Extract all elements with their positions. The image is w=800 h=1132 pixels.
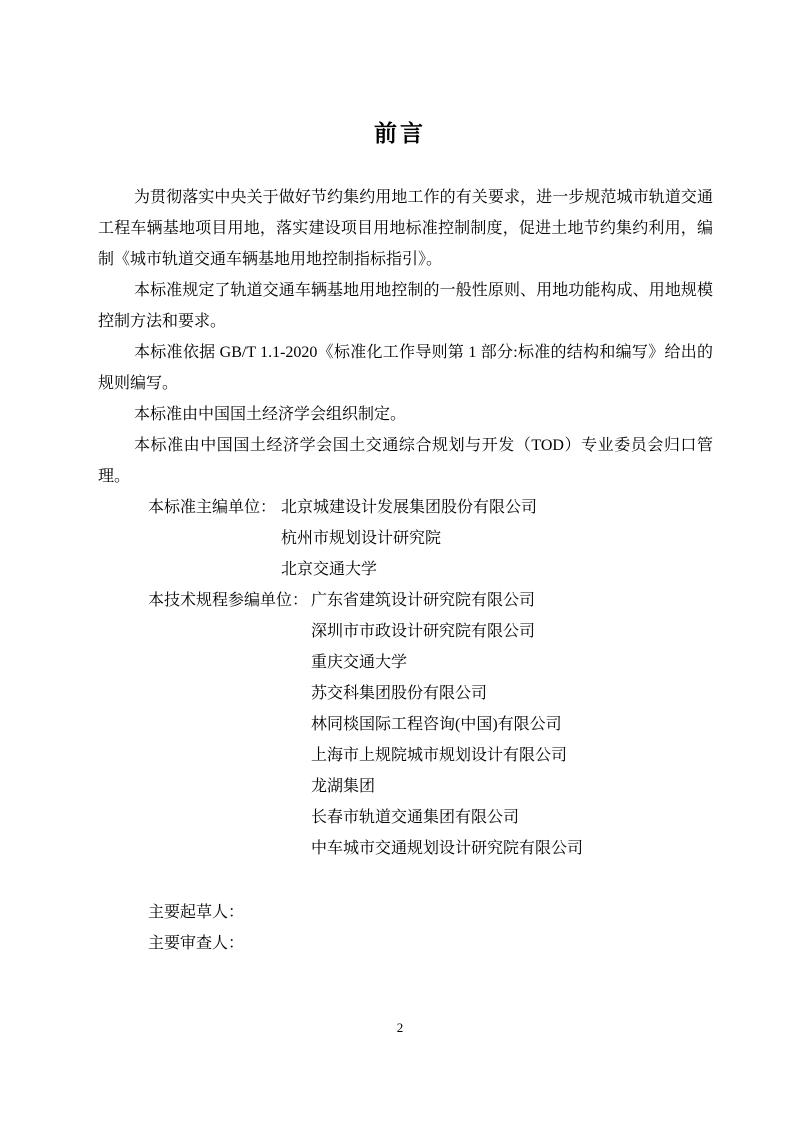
organization-item: 重庆交通大学	[311, 647, 713, 678]
paragraph-organizer: 本标准由中国国土经济学会组织制定。	[98, 399, 713, 430]
reviewers-label: 主要审查人：	[148, 928, 713, 959]
organization-item: 广东省建筑设计研究院有限公司	[311, 585, 713, 616]
organization-item: 深圳市市政设计研究院有限公司	[311, 616, 713, 647]
paragraph-basis: 本标准依据 GB/T 1.1-2020《标准化工作导则第 1 部分:标准的结构和…	[98, 337, 713, 399]
document-page: 前言 为贯彻落实中央关于做好节约集约用地工作的有关要求，进一步规范城市轨道交通工…	[0, 0, 800, 1132]
participating-editor-group-label: 本技术规程参编单位：	[148, 585, 311, 616]
organization-item: 北京城建设计发展集团股份有限公司	[281, 492, 713, 523]
organization-item: 长春市轨道交通集团有限公司	[311, 802, 713, 833]
chief-editor-group: 本标准主编单位： 北京城建设计发展集团股份有限公司 杭州市规划设计研究院 北京交…	[98, 492, 713, 585]
organization-item: 北京交通大学	[281, 554, 713, 585]
organization-item: 杭州市规划设计研究院	[281, 523, 713, 554]
paragraph-intro: 为贯彻落实中央关于做好节约集约用地工作的有关要求，进一步规范城市轨道交通工程车辆…	[98, 182, 713, 275]
paragraph-scope: 本标准规定了轨道交通车辆基地用地控制的一般性原则、用地功能构成、用地规模控制方法…	[98, 275, 713, 337]
page-number: 2	[0, 1020, 800, 1036]
organization-item: 上海市上规院城市规划设计有限公司	[311, 740, 713, 771]
organization-item: 中车城市交通规划设计研究院有限公司	[311, 833, 713, 864]
chief-editor-group-items: 北京城建设计发展集团股份有限公司 杭州市规划设计研究院 北京交通大学	[281, 492, 713, 585]
participating-editor-group: 本技术规程参编单位： 广东省建筑设计研究院有限公司 深圳市市政设计研究院有限公司…	[98, 585, 713, 864]
participating-editor-group-items: 广东省建筑设计研究院有限公司 深圳市市政设计研究院有限公司 重庆交通大学 苏交科…	[311, 585, 713, 864]
page-title: 前言	[0, 0, 800, 147]
organization-item: 苏交科集团股份有限公司	[311, 678, 713, 709]
credits-section: 主要起草人： 主要审查人：	[148, 897, 713, 959]
paragraph-administration: 本标准由中国国土经济学会国土交通综合规划与开发（TOD）专业委员会归口管理。	[98, 430, 713, 492]
drafters-label: 主要起草人：	[148, 897, 713, 928]
document-body: 为贯彻落实中央关于做好节约集约用地工作的有关要求，进一步规范城市轨道交通工程车辆…	[0, 147, 800, 959]
chief-editor-group-label: 本标准主编单位：	[148, 492, 281, 523]
organization-item: 龙湖集团	[311, 771, 713, 802]
organization-item: 林同棪国际工程咨询(中国)有限公司	[311, 709, 713, 740]
